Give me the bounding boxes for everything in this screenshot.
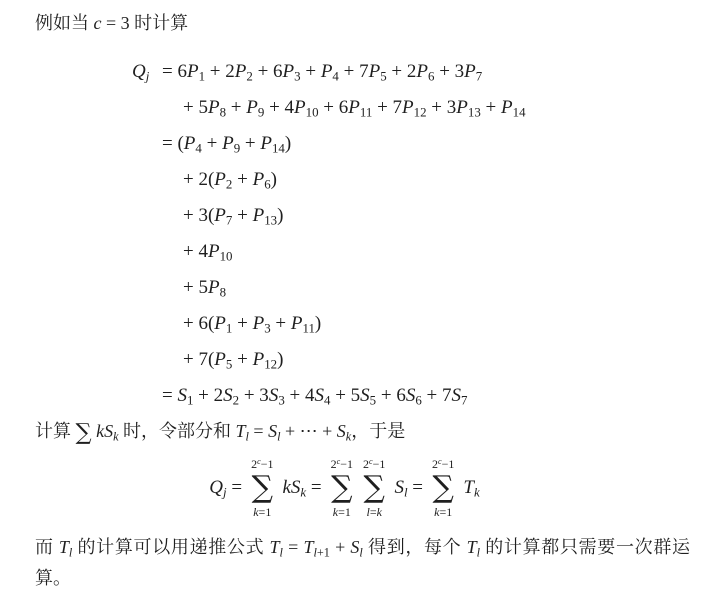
main-equation-block: Qj= 6P1 + 2P2 + 6P3 + P4 + 7P5 + 2P6 + 3… xyxy=(132,54,690,414)
document-page: 例如当 c = 3 时计算 Qj= 6P1 + 2P2 + 6P3 + P4 +… xyxy=(0,0,718,592)
summation-equation: Qj = 2c−1 ∑ k=1 kSk = 2c−1 ∑ k=1 2c−1 ∑ … xyxy=(17,456,672,520)
equation-line: Qj= 6P1 + 2P2 + 6P3 + P4 + 7P5 + 2P6 + 3… xyxy=(132,54,690,90)
sigma-icon: ∑ xyxy=(432,472,453,504)
equation-term: + 4P10 xyxy=(162,241,232,262)
summation-operator: 2c−1 ∑ l=k xyxy=(363,458,385,518)
equation-line: + 7(P5 + P12) xyxy=(132,342,690,378)
equation-line: + 2(P2 + P6) xyxy=(132,162,690,198)
sum-lower-limit: k=1 xyxy=(333,506,351,518)
sum-lower-limit: k=1 xyxy=(434,506,452,518)
sum-lower-limit: l=k xyxy=(367,506,382,518)
equation-term: + 7(P5 + P12) xyxy=(162,349,283,370)
equation-term: + 2(P2 + P6) xyxy=(162,169,277,190)
equation-line: + 5P8 + P9 + 4P10 + 6P11 + 7P12 + 3P13 +… xyxy=(132,90,690,126)
sum-equation-rhs: Tk xyxy=(463,477,479,499)
intro-paragraph: 例如当 c = 3 时计算 xyxy=(35,12,690,34)
equation-term: = (P4 + P9 + P14) xyxy=(162,133,291,154)
sum-upper-limit: 2c−1 xyxy=(251,458,273,470)
equation-term: = 6P1 + 2P2 + 6P3 + P4 + 7P5 + 2P6 + 3P7 xyxy=(162,61,482,82)
sum-equation-lhs: Qj = xyxy=(209,477,242,499)
summation-operator: 2c−1 ∑ k=1 xyxy=(251,458,273,518)
equation-line: + 5P8 xyxy=(132,270,690,306)
equation-term: + 3(P7 + P13) xyxy=(162,205,283,226)
equation-line: + 6(P1 + P3 + P11) xyxy=(132,306,690,342)
summation-operator: 2c−1 ∑ k=1 xyxy=(331,458,353,518)
equation-line: = S1 + 2S2 + 3S3 + 4S4 + 5S5 + 6S6 + 7S7 xyxy=(132,378,690,414)
sigma-icon: ∑ xyxy=(364,472,385,504)
equation-term: = S1 + 2S2 + 3S3 + 4S4 + 5S5 + 6S6 + 7S7 xyxy=(162,385,467,406)
partial-sum-paragraph: 计算 ∑ kSk 时，令部分和 Tl = Sl + ⋯ + Sk，于是 xyxy=(35,418,690,444)
equation-line: + 3(P7 + P13) xyxy=(132,198,690,234)
equation-term: + 5P8 + P9 + 4P10 + 6P11 + 7P12 + 3P13 +… xyxy=(162,97,526,118)
summation-operator: 2c−1 ∑ k=1 xyxy=(432,458,454,518)
equation-term: + 6(P1 + P3 + P11) xyxy=(162,313,321,334)
page-content: 例如当 c = 3 时计算 Qj= 6P1 + 2P2 + 6P3 + P4 +… xyxy=(0,0,718,592)
sum-equation-mid2: Sl = xyxy=(394,477,423,499)
sigma-icon: ∑ xyxy=(252,472,273,504)
equation-line: + 4P10 xyxy=(132,234,690,270)
sum-upper-limit: 2c−1 xyxy=(432,458,454,470)
equation-lhs: Qj xyxy=(132,54,162,90)
equation-line: = (P4 + P9 + P14) xyxy=(132,126,690,162)
conclusion-paragraph: 而 Tl 的计算可以用递推公式 Tl = Tl+1 + Sl 得到，每个 Tl … xyxy=(35,532,690,592)
sum-upper-limit: 2c−1 xyxy=(331,458,353,470)
sum-upper-limit: 2c−1 xyxy=(363,458,385,470)
sum-lower-limit: k=1 xyxy=(253,506,271,518)
sum-equation-mid1: kSk = xyxy=(282,477,321,499)
sigma-icon: ∑ xyxy=(331,472,352,504)
equation-term: + 5P8 xyxy=(162,277,226,298)
